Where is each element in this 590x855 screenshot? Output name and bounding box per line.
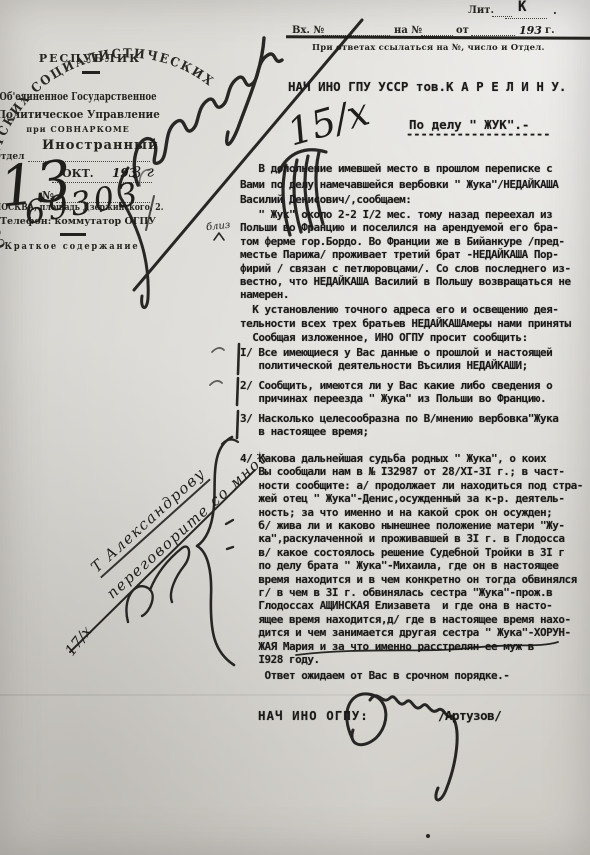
item1-tick — [238, 344, 239, 374]
item1-check — [212, 348, 224, 352]
item2-check — [210, 381, 222, 385]
document-page: СОЮЗ СОВЕТСКИХ СОЦИАЛИСТИЧЕСКИХ РЕСПУБЛИ… — [0, 0, 590, 855]
form-year: 193 — [519, 24, 542, 37]
from-label: от — [456, 25, 469, 36]
letterhead-org-line3: при СОВНАРКОМЕ — [26, 124, 130, 134]
summary-label: Краткое содержание — [5, 242, 140, 252]
letterhead-dash — [82, 71, 100, 74]
form-note: При ответах ссылаться на №, число и Отде… — [312, 43, 545, 53]
lit-value: К — [518, 0, 526, 16]
form-heavy-rule — [286, 35, 590, 40]
body-item-2: 2/ Сообщить, имеются ли у Вас какие либо… — [240, 379, 552, 406]
body-paragraph-1: В дополнение имевшей место в прошлом пер… — [240, 161, 558, 208]
ink-dot — [426, 834, 430, 838]
handwritten-year-digit: 3 г — [131, 162, 154, 182]
body-item-1: I/ Все имеющиеся у Вас данные о прошлой … — [240, 346, 552, 373]
body-item-3: 3/ Насколько целесообразна по В/мнению в… — [240, 412, 558, 439]
signoff-title: НАЧ ИНО ОГПУ: — [258, 708, 369, 724]
signoff-name: /Артузов/ — [438, 708, 501, 724]
recipient-line: НАЧ ИНО ГПУ УССР тов.К А Р Е Л И Н У. — [288, 79, 566, 95]
lit-dot: . — [553, 4, 557, 17]
form-year-g: г. — [545, 25, 555, 36]
lit-rule2 — [505, 17, 547, 19]
margin-note-date: 17/х — [61, 623, 95, 660]
letterhead-org-line1: Об'единенное Государственное — [0, 90, 157, 103]
letterhead-republic: РЕСПУБЛИК — [30, 52, 150, 65]
on-no-label: на № — [394, 25, 422, 36]
body-paragraph-3: К установлению точного адреса его и осве… — [240, 303, 571, 345]
item2-tick — [237, 378, 238, 405]
body-closing: Ответ ожидаем от Вас в срочном порядке.- — [240, 668, 509, 684]
letterhead-org-line2: Политическое Управление — [0, 107, 160, 121]
letterhead-dash2 — [60, 233, 86, 236]
handwritten-date-mark: 15/х — [283, 89, 375, 154]
lit-label: Лит. — [468, 5, 494, 16]
subject-underline: -------------------- — [406, 127, 551, 143]
body-paragraph-2: " Жук" около 2-2 I/2 мес. тому назад пер… — [240, 208, 571, 302]
